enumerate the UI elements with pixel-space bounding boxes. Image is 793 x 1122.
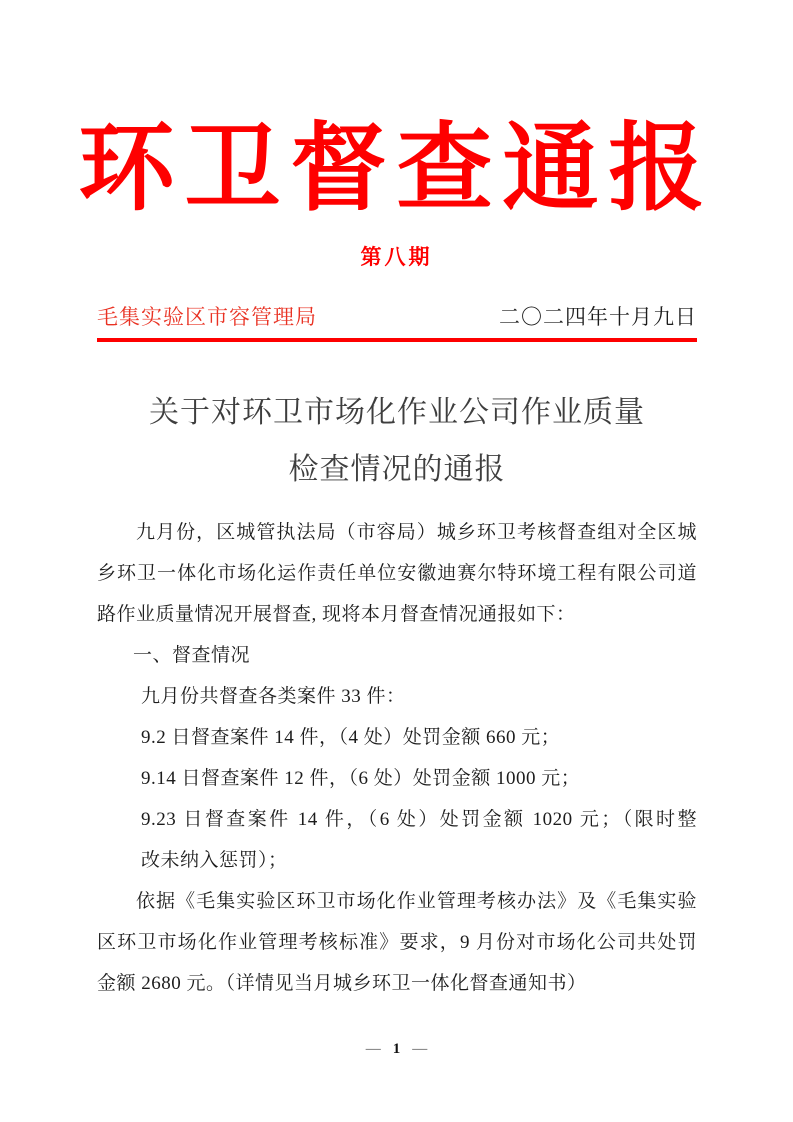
body-line: 9.14 日督查案件 12 件，（6 处）处罚金额 1000 元； bbox=[97, 758, 697, 799]
issue-date: 二〇二四年十月九日 bbox=[499, 302, 697, 332]
body-line: 依据《毛集实验区环卫市场化作业管理考核办法》及《毛集实验 bbox=[97, 881, 697, 922]
masthead-info-row: 毛集实验区市容管理局 二〇二四年十月九日 bbox=[97, 302, 697, 332]
page-footer: — 1 — bbox=[0, 1038, 793, 1060]
body-line: 改未纳入惩罚）； bbox=[97, 840, 697, 881]
document-body: 九月份，区城管执法局（市容局）城乡环卫考核督查组对全区城 乡环卫一体化市场化运作… bbox=[97, 512, 697, 1004]
body-line: 乡环卫一体化市场化运作责任单位安徽迪赛尔特环境工程有限公司道 bbox=[97, 553, 697, 594]
document-page: 环卫督查通报 第八期 毛集实验区市容管理局 二〇二四年十月九日 关于对环卫市场化… bbox=[0, 0, 793, 1122]
footer-dash-right: — bbox=[412, 1038, 427, 1060]
body-line: 九月份共督查各类案件 33 件： bbox=[97, 676, 697, 717]
body-line: 金额 2680 元。（详情见当月城乡环卫一体化督查通知书） bbox=[97, 963, 697, 1004]
issue-number: 第八期 bbox=[0, 243, 793, 271]
document-title-line2: 检查情况的通报 bbox=[97, 441, 697, 498]
body-line: 路作业质量情况开展督查, 现将本月督查情况通报如下： bbox=[97, 594, 697, 635]
red-divider-line bbox=[97, 338, 697, 342]
bulletin-masthead-title: 环卫督查通报 bbox=[0, 108, 793, 228]
document-title-line1: 关于对环卫市场化作业公司作业质量 bbox=[97, 384, 697, 441]
section-heading: 一、督查情况 bbox=[97, 635, 697, 676]
body-line: 9.23 日督查案件 14 件，（6 处）处罚金额 1020 元；（限时整 bbox=[97, 799, 697, 840]
page-number: 1 bbox=[393, 1038, 401, 1060]
body-line: 九月份，区城管执法局（市容局）城乡环卫考核督查组对全区城 bbox=[97, 512, 697, 553]
issuing-org: 毛集实验区市容管理局 bbox=[97, 302, 317, 332]
document-title: 关于对环卫市场化作业公司作业质量 检查情况的通报 bbox=[97, 384, 697, 498]
body-line: 9.2 日督查案件 14 件，（4 处）处罚金额 660 元； bbox=[97, 717, 697, 758]
footer-dash-left: — bbox=[366, 1038, 381, 1060]
body-line: 区环卫市场化作业管理考核标准》要求，9 月份对市场化公司共处罚 bbox=[97, 922, 697, 963]
